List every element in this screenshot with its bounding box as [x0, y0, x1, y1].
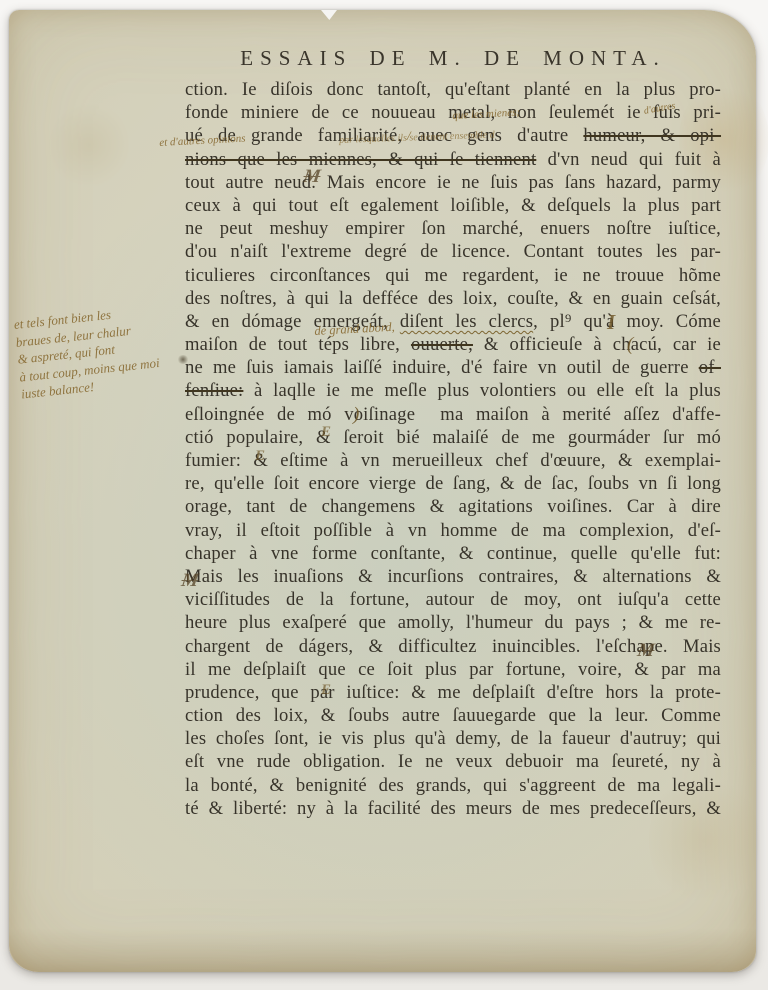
print-text: prudence, que par iuſtice: & me deſplaiſ… [185, 682, 721, 703]
paper-tear-notch [321, 10, 337, 20]
struck-out-text: of- [699, 357, 721, 378]
struck-out-text: ouuerte, [411, 334, 473, 355]
print-text: ne peut meshuy empirer ſon marché, enuer… [185, 218, 721, 239]
struck-out-text: humeur, & opi- [583, 125, 721, 146]
print-text: & en dómage emergeát, [185, 311, 400, 332]
print-line: il me deſplaiſt que ce ſoit plus par for… [185, 658, 721, 681]
print-text: & officieuſe à chacú, car ie [473, 334, 721, 355]
print-line: les choſes ſont, ie vis plus qu'à demy, … [185, 727, 721, 750]
print-line: ne me ſuis iamais laiſſé induire, d'é fa… [185, 356, 721, 379]
handwriting-margin-note: et tels font bien les braues de, leur ch… [13, 297, 199, 403]
print-line: té & liberté: ny à la facilité des meurs… [185, 797, 721, 820]
print-line: ticulieres circonſtances qui me regarden… [185, 264, 721, 287]
print-text: eſt vne rude obligation. Ie ne veux debu… [185, 751, 721, 772]
print-line: eſloingnée de mó voiſinage ma maiſon à m… [185, 403, 721, 426]
print-text: ction des loix, & ſoubs autre ſauuegarde… [185, 705, 721, 726]
print-line: ne peut meshuy empirer ſon marché, enuer… [185, 217, 721, 240]
print-text: , pl⁹ qu'à moy. Cóme [533, 311, 721, 332]
print-text: fumier: & eſtime à vn merueilleux chef d… [185, 450, 721, 471]
print-text: orage, tant de changemens & agitations v… [185, 496, 721, 517]
print-line: heure plus exaſperé que amolly, l'humeur… [185, 611, 721, 634]
print-line: orage, tant de changemens & agitations v… [185, 495, 721, 518]
print-text: ceux à qui tout eſt egalement loiſible, … [185, 195, 721, 216]
print-text: ctió populaire, & ſeroit bié malaiſé de … [185, 427, 721, 448]
print-text: fonde miniere de ce nouueau metal, non ſ… [185, 102, 721, 123]
print-text: la bonté, & benignité des grands, qui s'… [185, 775, 721, 796]
print-line: ctió populaire, & ſeroit bié malaiſé de … [185, 426, 721, 449]
print-line: fumier: & eſtime à vn merueilleux chef d… [185, 449, 721, 472]
struck-out-text: nions que les miennes, & qui ſe tiennent [185, 149, 536, 170]
print-text: re, qu'elle ſoit encore vierge de ſang, … [185, 473, 721, 494]
print-text: chargent de dágers, & difficultez inuinc… [185, 636, 721, 657]
struck-out-text: fenſiue: [185, 380, 243, 401]
print-text: heure plus exaſperé que amolly, l'humeur… [185, 612, 721, 633]
marked-text: diſent les clercs [400, 311, 533, 332]
print-line: ué de grande familiarité, auec gens d'au… [185, 124, 721, 147]
print-text: des noſtres, à qui la defféce des loix, … [185, 288, 721, 309]
print-line: viciſſitudes de la fortune, autour de mo… [185, 588, 721, 611]
print-line: la bonté, & benignité des grands, qui s'… [185, 774, 721, 797]
print-text: té & liberté: ny à la facilité des meurs… [185, 798, 721, 819]
running-header: ESSAIS DE M. DE MONTA. [185, 46, 721, 71]
print-line: ceux à qui tout eſt egalement loiſible, … [185, 194, 721, 217]
foxing-stain [49, 100, 129, 190]
print-text: à laqlle ie me meſle plus volontiers ou … [243, 380, 721, 401]
print-line: & en dómage emergeát, diſent les clercs,… [185, 310, 721, 333]
print-text: les choſes ſont, ie vis plus qu'à demy, … [185, 728, 721, 749]
print-text: tout autre neud. Mais encore ie ne ſuis … [185, 172, 721, 193]
print-text: ticulieres circonſtances qui me regarden… [185, 265, 721, 286]
print-line: chaper à vne forme conſtante, & continue… [185, 542, 721, 565]
print-text: Mais les inuaſions & incurſions contrair… [185, 566, 721, 587]
print-text: ué de grande familiarité, auec gens d'au… [185, 125, 583, 146]
print-text: d'vn neud qui fuit à [536, 149, 721, 170]
print-line: re, qu'elle ſoit encore vierge de ſang, … [185, 472, 721, 495]
print-line: vray, il eſtoit poſſible à vn homme de m… [185, 519, 721, 542]
print-text-block: ction. Ie diſois donc tantoſt, qu'eſtant… [185, 78, 721, 820]
print-text: eſloingnée de mó voiſinage ma maiſon à m… [185, 404, 721, 425]
print-text: ne me ſuis iamais laiſſé induire, d'é fa… [185, 357, 699, 378]
print-line: ction des loix, & ſoubs autre ſauuegarde… [185, 704, 721, 727]
page-sheet: ESSAIS DE M. DE MONTA. ction. Ie diſois … [9, 10, 756, 972]
print-line: ction. Ie diſois donc tantoſt, qu'eſtant… [185, 78, 721, 101]
print-line: tout autre neud. Mais encore ie ne ſuis … [185, 171, 721, 194]
print-text: vray, il eſtoit poſſible à vn homme de m… [185, 520, 721, 541]
print-line: nions que les miennes, & qui ſe tiennent… [185, 148, 721, 171]
print-line: fonde miniere de ce nouueau metal, non ſ… [185, 101, 721, 124]
print-line: des noſtres, à qui la defféce des loix, … [185, 287, 721, 310]
print-text: d'ou n'aiſt l'extreme degré de licence. … [185, 241, 721, 262]
print-line: Mais les inuaſions & incurſions contrair… [185, 565, 721, 588]
print-line: maiſon de tout téps libre, ouuerte, & of… [185, 333, 721, 356]
print-line: chargent de dágers, & difficultez inuinc… [185, 635, 721, 658]
print-text: chaper à vne forme conſtante, & continue… [185, 543, 721, 564]
print-text: viciſſitudes de la fortune, autour de mo… [185, 589, 721, 610]
print-line: prudence, que par iuſtice: & me deſplaiſ… [185, 681, 721, 704]
print-line: eſt vne rude obligation. Ie ne veux debu… [185, 750, 721, 773]
print-line: d'ou n'aiſt l'extreme degré de licence. … [185, 240, 721, 263]
print-text: maiſon de tout téps libre, [185, 334, 411, 355]
print-text: ction. Ie diſois donc tantoſt, qu'eſtant… [185, 79, 721, 100]
print-line: fenſiue: à laqlle ie me meſle plus volon… [185, 379, 721, 402]
print-text: il me deſplaiſt que ce ſoit plus par for… [185, 659, 721, 680]
